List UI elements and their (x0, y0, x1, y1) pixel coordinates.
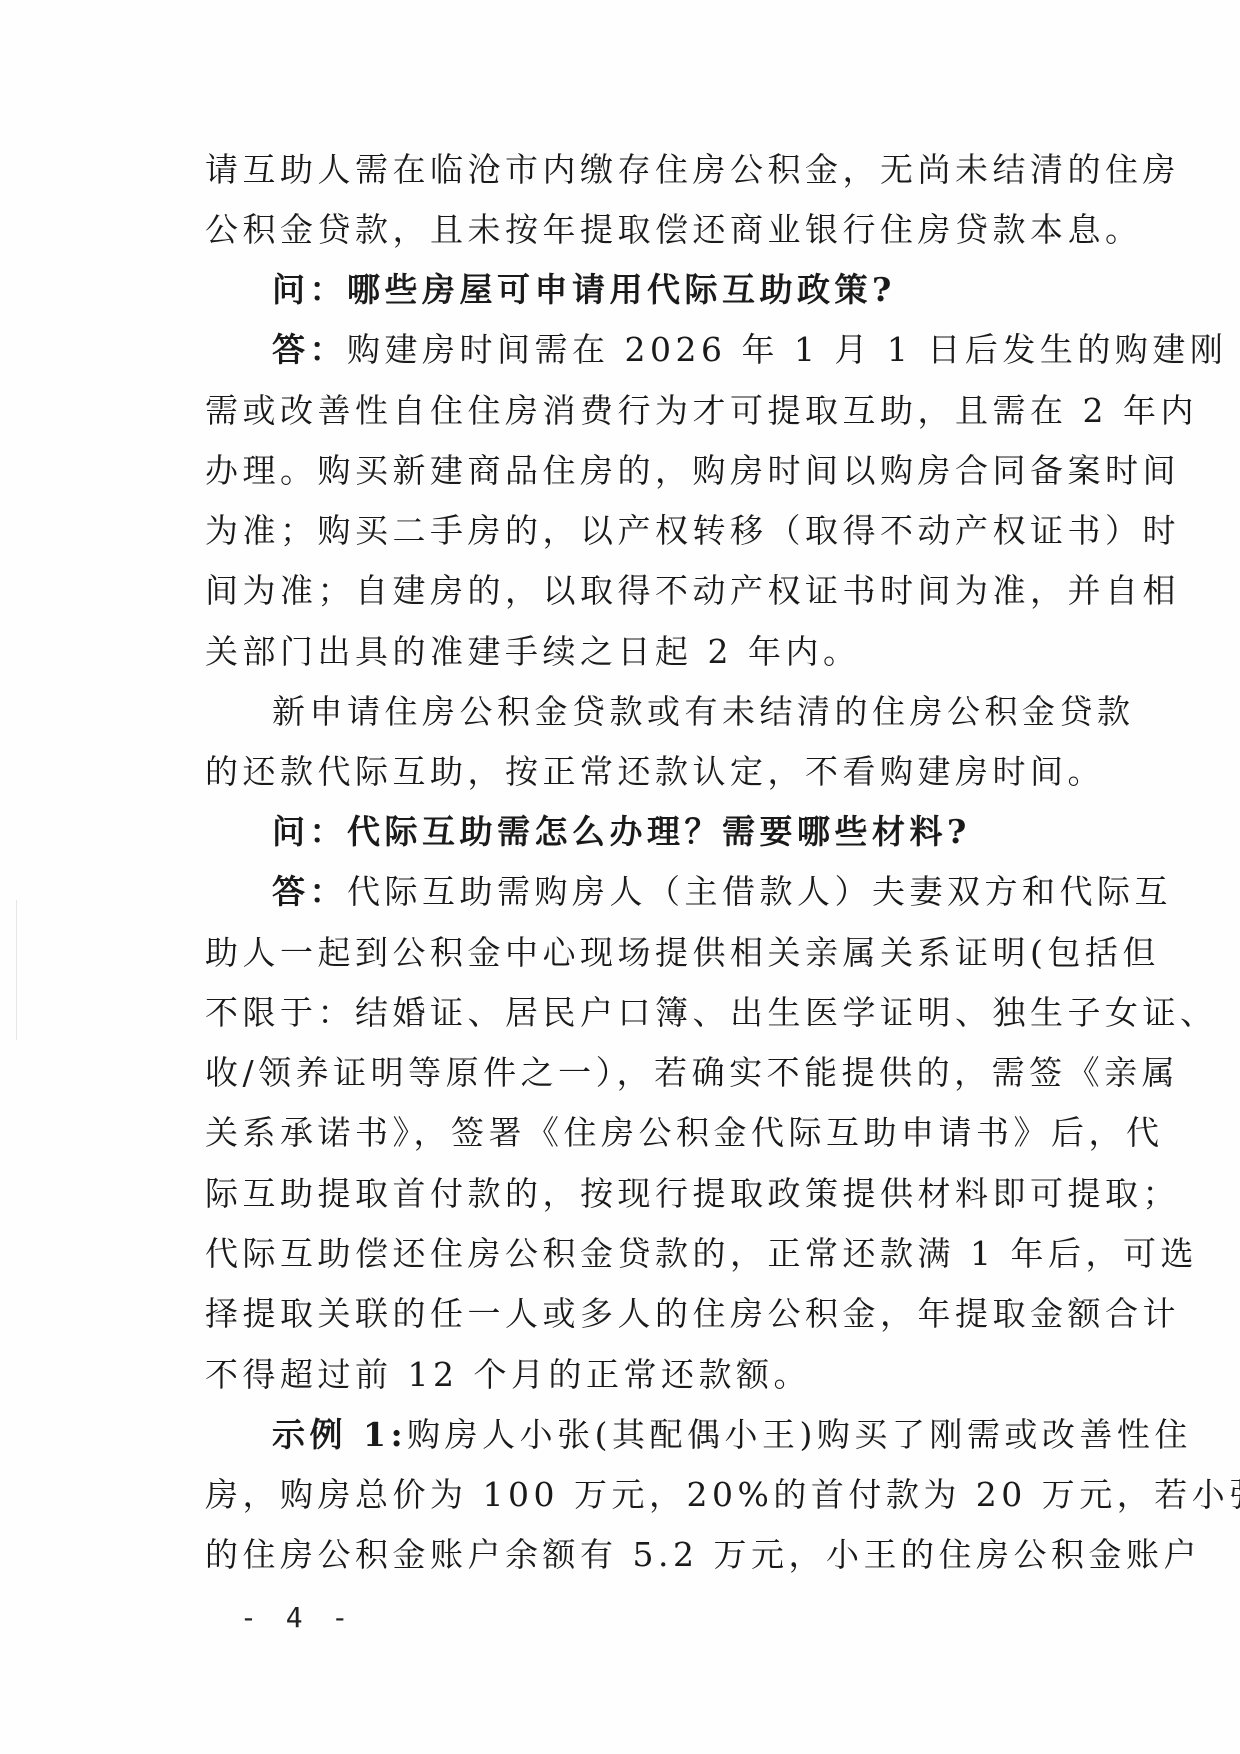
bold-label: 示例 1: (272, 1415, 407, 1454)
paragraph-line: 收/领养证明等原件之一），若确实不能提供的，需签《亲属 (205, 1053, 1065, 1093)
paragraph-line: 间为准；自建房的，以取得不动产权证书时间为准，并自相 (205, 571, 1065, 611)
line-text: 购房人小张(其配偶小王)购买了刚需或改善性住 (407, 1415, 1192, 1454)
line-text: 间为准；自建房的，以取得不动产权证书时间为准，并自相 (205, 571, 1180, 610)
bold-label: 答： (272, 330, 347, 369)
page-number: - 4 - (240, 1600, 354, 1636)
paragraph-line: 需或改善性自住住房消费行为才可提取互助，且需在 2 年内 (205, 391, 1065, 431)
line-text: 助人一起到公积金中心现场提供相关亲属关系证明(包括但 (205, 933, 1160, 972)
paragraph-line: 的还款代际互助，按正常还款认定，不看购建房时间。 (205, 752, 1065, 792)
paragraph-line: 不限于：结婚证、居民户口簿、出生医学证明、独生子女证、 (205, 993, 1065, 1033)
line-text: 房，购房总价为 100 万元，20%的首付款为 20 万元，若小张 (205, 1475, 1240, 1514)
line-text: 际互助提取首付款的，按现行提取政策提供材料即可提取； (205, 1174, 1180, 1213)
line-text: 代际互助偿还住房公积金贷款的，正常还款满 1 年后，可选 (205, 1234, 1198, 1273)
paragraph-line: 关系承诺书》，签署《住房公积金代际互助申请书》后，代 (205, 1113, 1065, 1153)
question-text: 问：哪些房屋可申请用代际互助政策? (272, 270, 896, 309)
paragraph-line: 办理。购买新建商品住房的，购房时间以购房合同备案时间 (205, 451, 1065, 491)
line-text: 不得超过前 12 个月的正常还款额。 (205, 1355, 811, 1394)
question-text: 问：代际互助需怎么办理？需要哪些材料? (272, 812, 971, 851)
line-text: 代际互助需购房人（主借款人）夫妻双方和代际互 (347, 872, 1172, 911)
line-text: 购建房时间需在 2026 年 1 月 1 日后发生的购建刚 (347, 330, 1227, 369)
answer-line: 示例 1:购房人小张(其配偶小王)购买了刚需或改善性住 (272, 1415, 1065, 1455)
paragraph-line: 房，购房总价为 100 万元，20%的首付款为 20 万元，若小张 (205, 1475, 1065, 1515)
paragraph-line: 助人一起到公积金中心现场提供相关亲属关系证明(包括但 (205, 933, 1065, 973)
line-text: 请互助人需在临沧市内缴存住房公积金，无尚未结清的住房 (205, 150, 1180, 189)
paragraph-line: 请互助人需在临沧市内缴存住房公积金，无尚未结清的住房 (205, 150, 1065, 190)
line-text: 关系承诺书》，签署《住房公积金代际互助申请书》后，代 (205, 1113, 1164, 1152)
question-heading: 问：哪些房屋可申请用代际互助政策? (272, 270, 1065, 310)
paragraph-line: 择提取关联的任一人或多人的住房公积金，年提取金额合计 (205, 1294, 1065, 1334)
line-text: 择提取关联的任一人或多人的住房公积金，年提取金额合计 (205, 1294, 1180, 1333)
document-page: 请互助人需在临沧市内缴存住房公积金，无尚未结清的住房公积金贷款，且未按年提取偿还… (0, 0, 1240, 1754)
line-text: 收/领养证明等原件之一），若确实不能提供的，需签《亲属 (205, 1053, 1179, 1092)
paragraph-line: 的住房公积金账户余额有 5.2 万元，小王的住房公积金账户 (205, 1535, 1065, 1575)
line-text: 需或改善性自住住房消费行为才可提取互助，且需在 2 年内 (205, 391, 1198, 430)
paragraph-line: 代际互助偿还住房公积金贷款的，正常还款满 1 年后，可选 (205, 1234, 1065, 1274)
line-text: 关部门出具的准建手续之日起 2 年内。 (205, 632, 860, 671)
paragraph-line: 新申请住房公积金贷款或有未结清的住房公积金贷款 (272, 692, 1065, 732)
line-text: 不限于：结婚证、居民户口簿、出生医学证明、独生子女证、 (205, 993, 1218, 1032)
line-text: 办理。购买新建商品住房的，购房时间以购房合同备案时间 (205, 451, 1180, 490)
line-text: 公积金贷款，且未按年提取偿还商业银行住房贷款本息。 (205, 210, 1143, 249)
bold-label: 答： (272, 872, 347, 911)
line-text: 的住房公积金账户余额有 5.2 万元，小王的住房公积金账户 (205, 1535, 1201, 1574)
paragraph-line: 公积金贷款，且未按年提取偿还商业银行住房贷款本息。 (205, 210, 1065, 250)
scan-margin-mark (16, 900, 17, 1040)
line-text: 为准；购买二手房的，以产权转移（取得不动产权证书）时 (205, 511, 1180, 550)
answer-line: 答：购建房时间需在 2026 年 1 月 1 日后发生的购建刚 (272, 330, 1065, 370)
line-text: 新申请住房公积金贷款或有未结清的住房公积金贷款 (272, 692, 1135, 731)
line-text: 的还款代际互助，按正常还款认定，不看购建房时间。 (205, 752, 1105, 791)
paragraph-line: 不得超过前 12 个月的正常还款额。 (205, 1355, 1065, 1395)
paragraph-line: 为准；购买二手房的，以产权转移（取得不动产权证书）时 (205, 511, 1065, 551)
paragraph-line: 际互助提取首付款的，按现行提取政策提供材料即可提取； (205, 1174, 1065, 1214)
question-heading: 问：代际互助需怎么办理？需要哪些材料? (272, 812, 1065, 852)
answer-line: 答：代际互助需购房人（主借款人）夫妻双方和代际互 (272, 872, 1065, 912)
paragraph-line: 关部门出具的准建手续之日起 2 年内。 (205, 632, 1065, 672)
